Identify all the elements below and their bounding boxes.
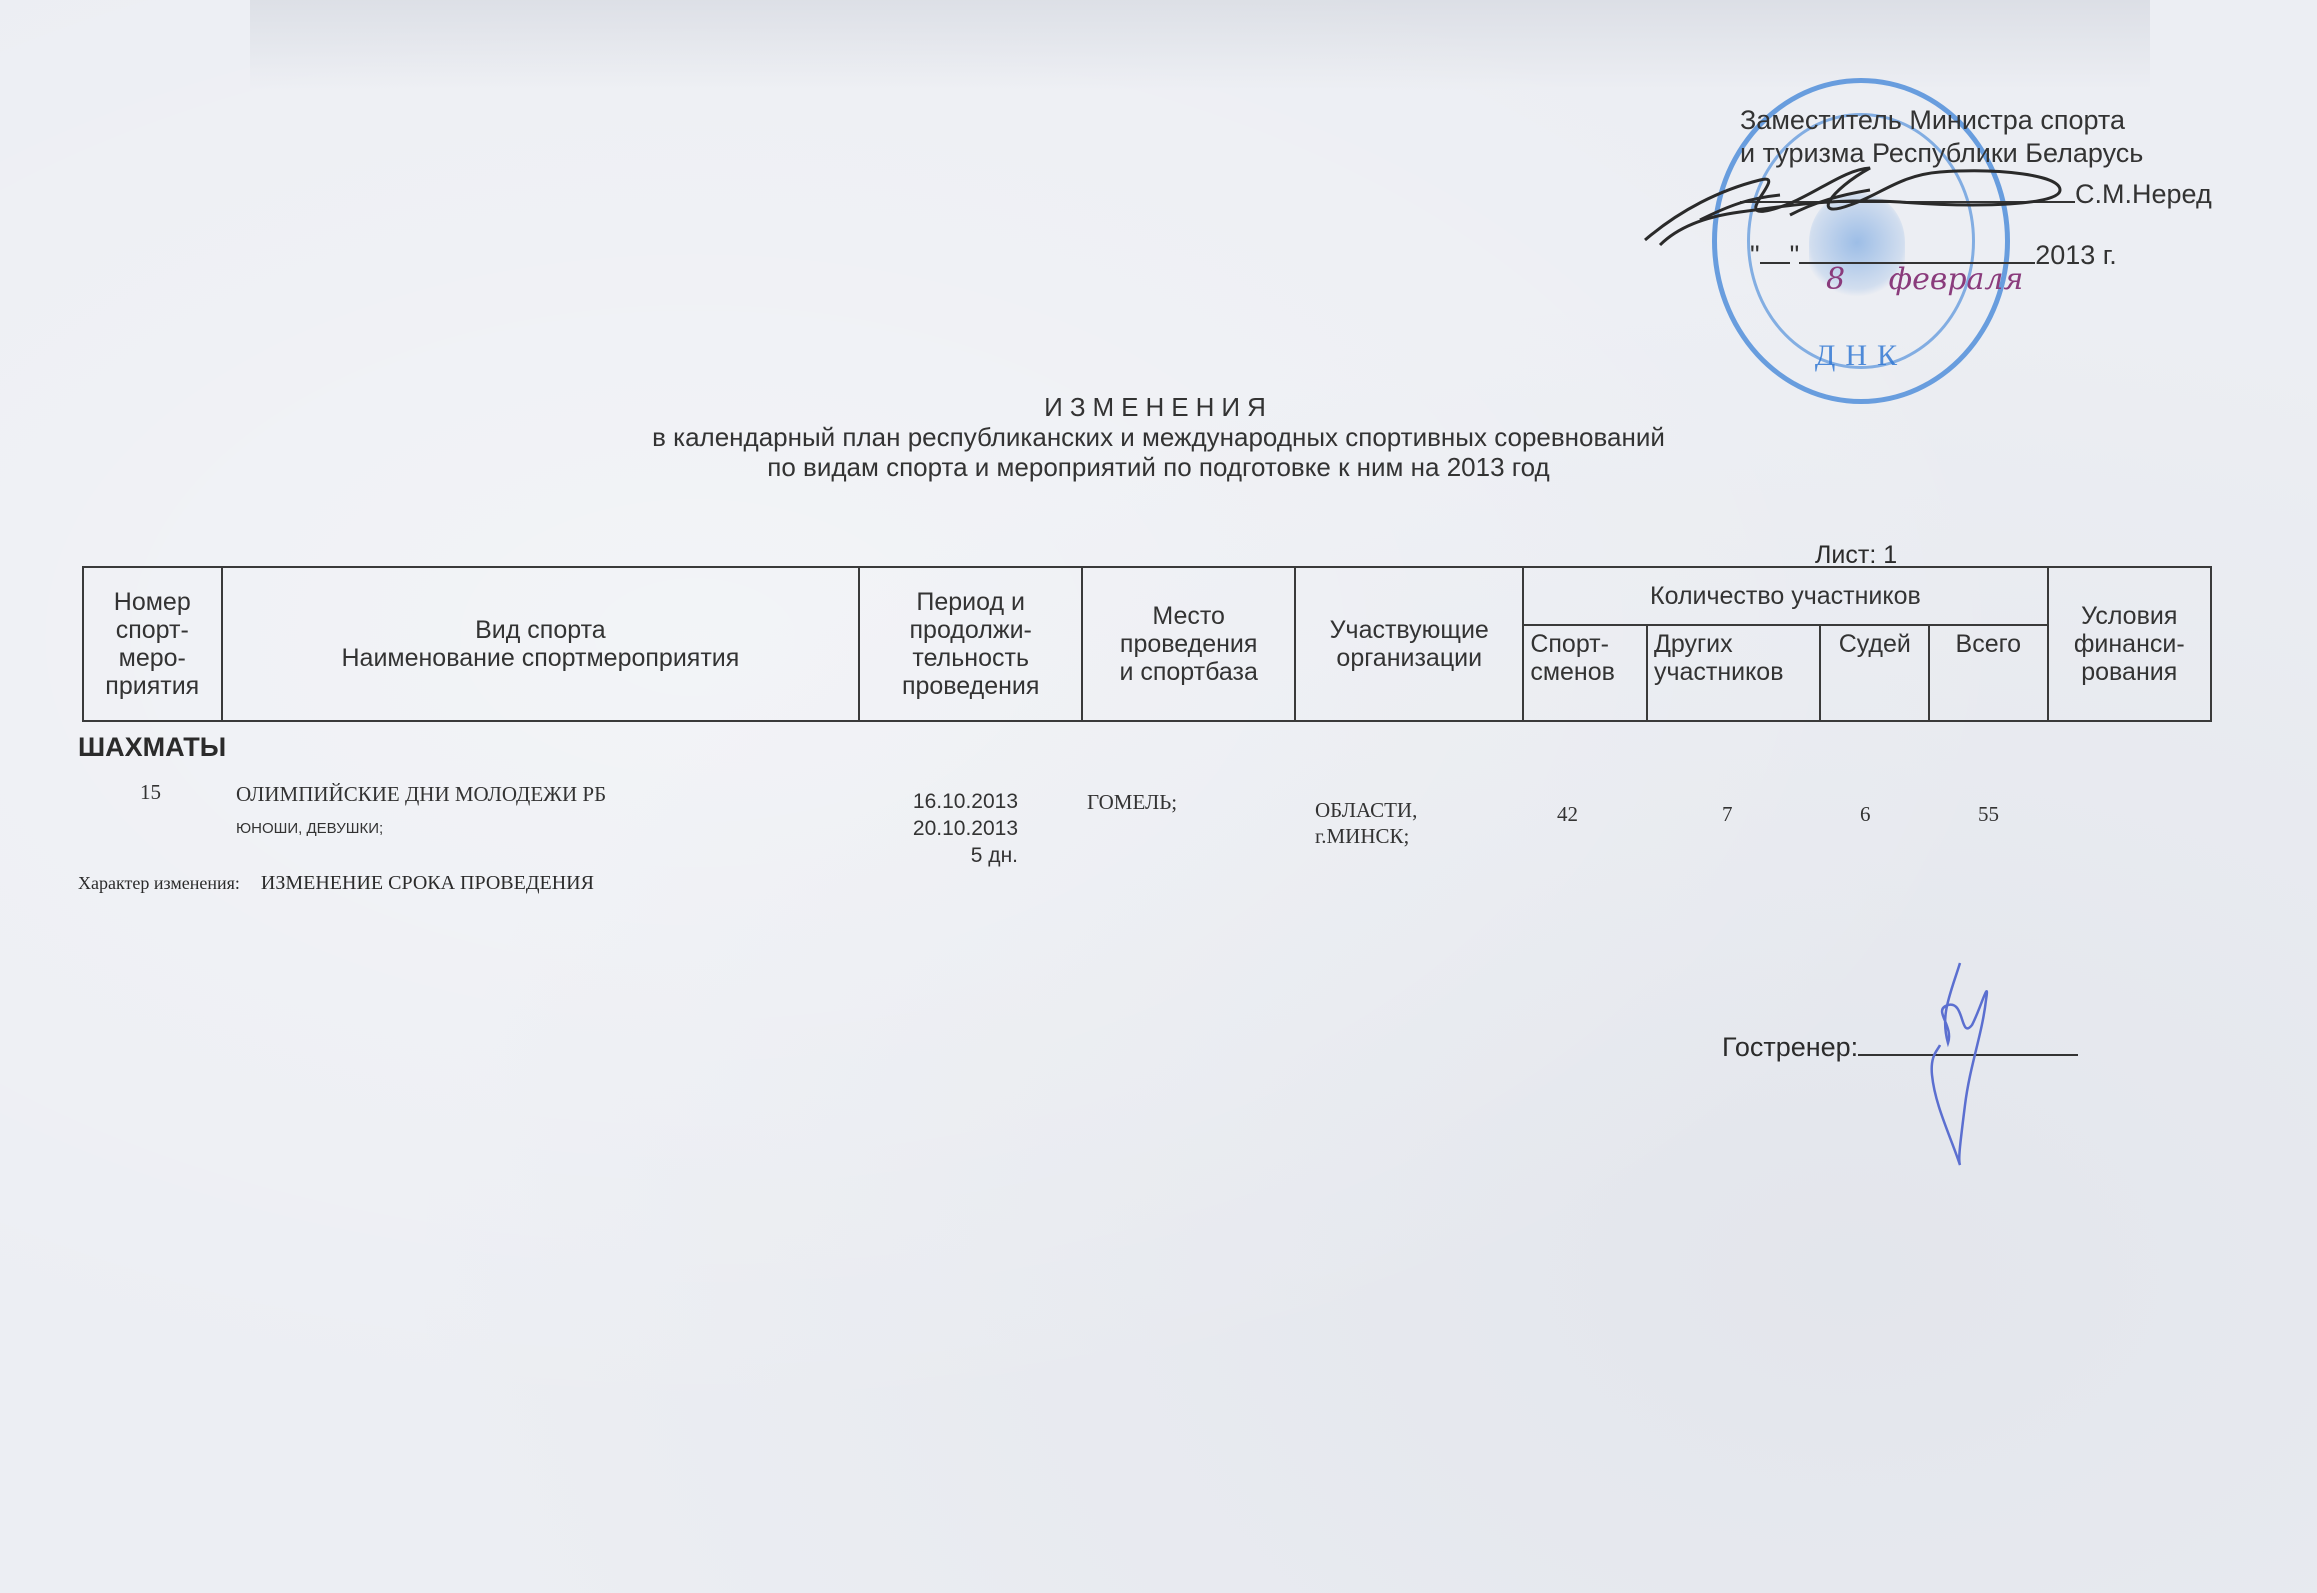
header-period-l4: проведения bbox=[866, 672, 1075, 700]
handwritten-month: февраля bbox=[1889, 262, 2024, 297]
header-total: Всего bbox=[1929, 625, 2047, 721]
header-others-l2: участников bbox=[1654, 658, 1814, 686]
header-orgs-l2: организации bbox=[1302, 644, 1516, 672]
header-count-group: Количество участников bbox=[1523, 567, 2047, 625]
header-period-l3: тельность bbox=[866, 644, 1075, 672]
row-judges: 6 bbox=[1860, 802, 1871, 827]
header-place: Место проведения и спортбаза bbox=[1082, 567, 1295, 721]
header-sport-l2: Наименование спортмероприятия bbox=[229, 644, 853, 672]
header-number-l3: меро- bbox=[90, 644, 215, 672]
row-total: 55 bbox=[1978, 802, 1999, 827]
handwritten-day: 8 bbox=[1826, 262, 1845, 297]
approval-signatory: С.М.Неред bbox=[2075, 179, 2212, 209]
header-place-l3: и спортбаза bbox=[1089, 658, 1288, 686]
title-line2: по видам спорта и мероприятий по подгото… bbox=[0, 452, 2317, 482]
header-period: Период и продолжи- тельность проведения bbox=[859, 567, 1082, 721]
header-number-l1: Номер bbox=[90, 588, 215, 616]
header-finance-l2: финанси- bbox=[2055, 630, 2205, 658]
row-orgs-l2: г.МИНСК; bbox=[1315, 823, 1417, 849]
calendar-table-header: Номер спорт- меро- приятия Вид спорта На… bbox=[82, 566, 2212, 722]
header-others-l1: Других bbox=[1654, 630, 1814, 658]
row-orgs-l1: ОБЛАСТИ, bbox=[1315, 797, 1417, 823]
row-athletes: 42 bbox=[1557, 802, 1578, 827]
header-orgs: Участвующие организации bbox=[1295, 567, 1523, 721]
stamp-text: ДНК bbox=[1717, 339, 2005, 373]
header-sport: Вид спорта Наименование спортмероприятия bbox=[222, 567, 860, 721]
scan-shadow bbox=[250, 0, 2150, 90]
row-event-name: ОЛИМПИЙСКИЕ ДНИ МОЛОДЕЖИ РБ bbox=[236, 782, 606, 807]
header-others: Других участников bbox=[1647, 625, 1821, 721]
header-judges: Судей bbox=[1820, 625, 1929, 721]
row-date-end: 20.10.2013 bbox=[880, 815, 1018, 842]
header-number-l4: приятия bbox=[90, 672, 215, 700]
header-athletes-l1: Спорт- bbox=[1530, 630, 1640, 658]
row-number: 15 bbox=[140, 780, 161, 805]
header-finance: Условия финанси- рования bbox=[2048, 567, 2212, 721]
header-orgs-l1: Участвующие bbox=[1302, 616, 1516, 644]
section-title: ШАХМАТЫ bbox=[78, 732, 226, 763]
title-line1: в календарный план республиканских и меж… bbox=[0, 422, 2317, 452]
trainer-signature-icon bbox=[1920, 955, 2010, 1170]
header-finance-l3: рования bbox=[2055, 658, 2205, 686]
header-athletes-l2: сменов bbox=[1530, 658, 1640, 686]
header-athletes: Спорт- сменов bbox=[1523, 625, 1647, 721]
header-place-l1: Место bbox=[1089, 602, 1288, 630]
change-note: Характер изменения: ИЗМЕНЕНИЕ СРОКА ПРОВ… bbox=[78, 872, 594, 895]
document-title: ИЗМЕНЕНИЯ в календарный план республикан… bbox=[0, 392, 2317, 482]
row-duration: 5 дн. bbox=[880, 842, 1018, 869]
row-others: 7 bbox=[1722, 802, 1733, 827]
header-place-l2: проведения bbox=[1089, 630, 1288, 658]
header-sport-l1: Вид спорта bbox=[229, 616, 853, 644]
trainer-label: Гостренер: bbox=[1722, 1032, 1858, 1062]
header-period-l2: продолжи- bbox=[866, 616, 1075, 644]
title-heading: ИЗМЕНЕНИЯ bbox=[0, 392, 2317, 422]
approval-position-line1: Заместитель Министра спорта bbox=[1740, 104, 2212, 137]
header-number: Номер спорт- меро- приятия bbox=[83, 567, 222, 721]
trainer-signature-block: Гостренер: bbox=[1722, 1026, 2078, 1063]
header-period-l1: Период и bbox=[866, 588, 1075, 616]
row-orgs: ОБЛАСТИ, г.МИНСК; bbox=[1315, 797, 1417, 849]
header-finance-l1: Условия bbox=[2055, 602, 2205, 630]
row-place: ГОМЕЛЬ; bbox=[1087, 790, 1177, 815]
header-number-l2: спорт- bbox=[90, 616, 215, 644]
row-category: ЮНОШИ, ДЕВУШКИ; bbox=[236, 820, 383, 837]
change-label: Характер изменения: bbox=[78, 873, 240, 893]
change-value: ИЗМЕНЕНИЕ СРОКА ПРОВЕДЕНИЯ bbox=[261, 872, 594, 894]
row-date-start: 16.10.2013 bbox=[880, 788, 1018, 815]
row-period: 16.10.2013 20.10.2013 5 дн. bbox=[880, 788, 1018, 869]
minister-signature-icon bbox=[1640, 150, 2080, 260]
handwritten-date: 8 февраля bbox=[1826, 262, 2023, 297]
